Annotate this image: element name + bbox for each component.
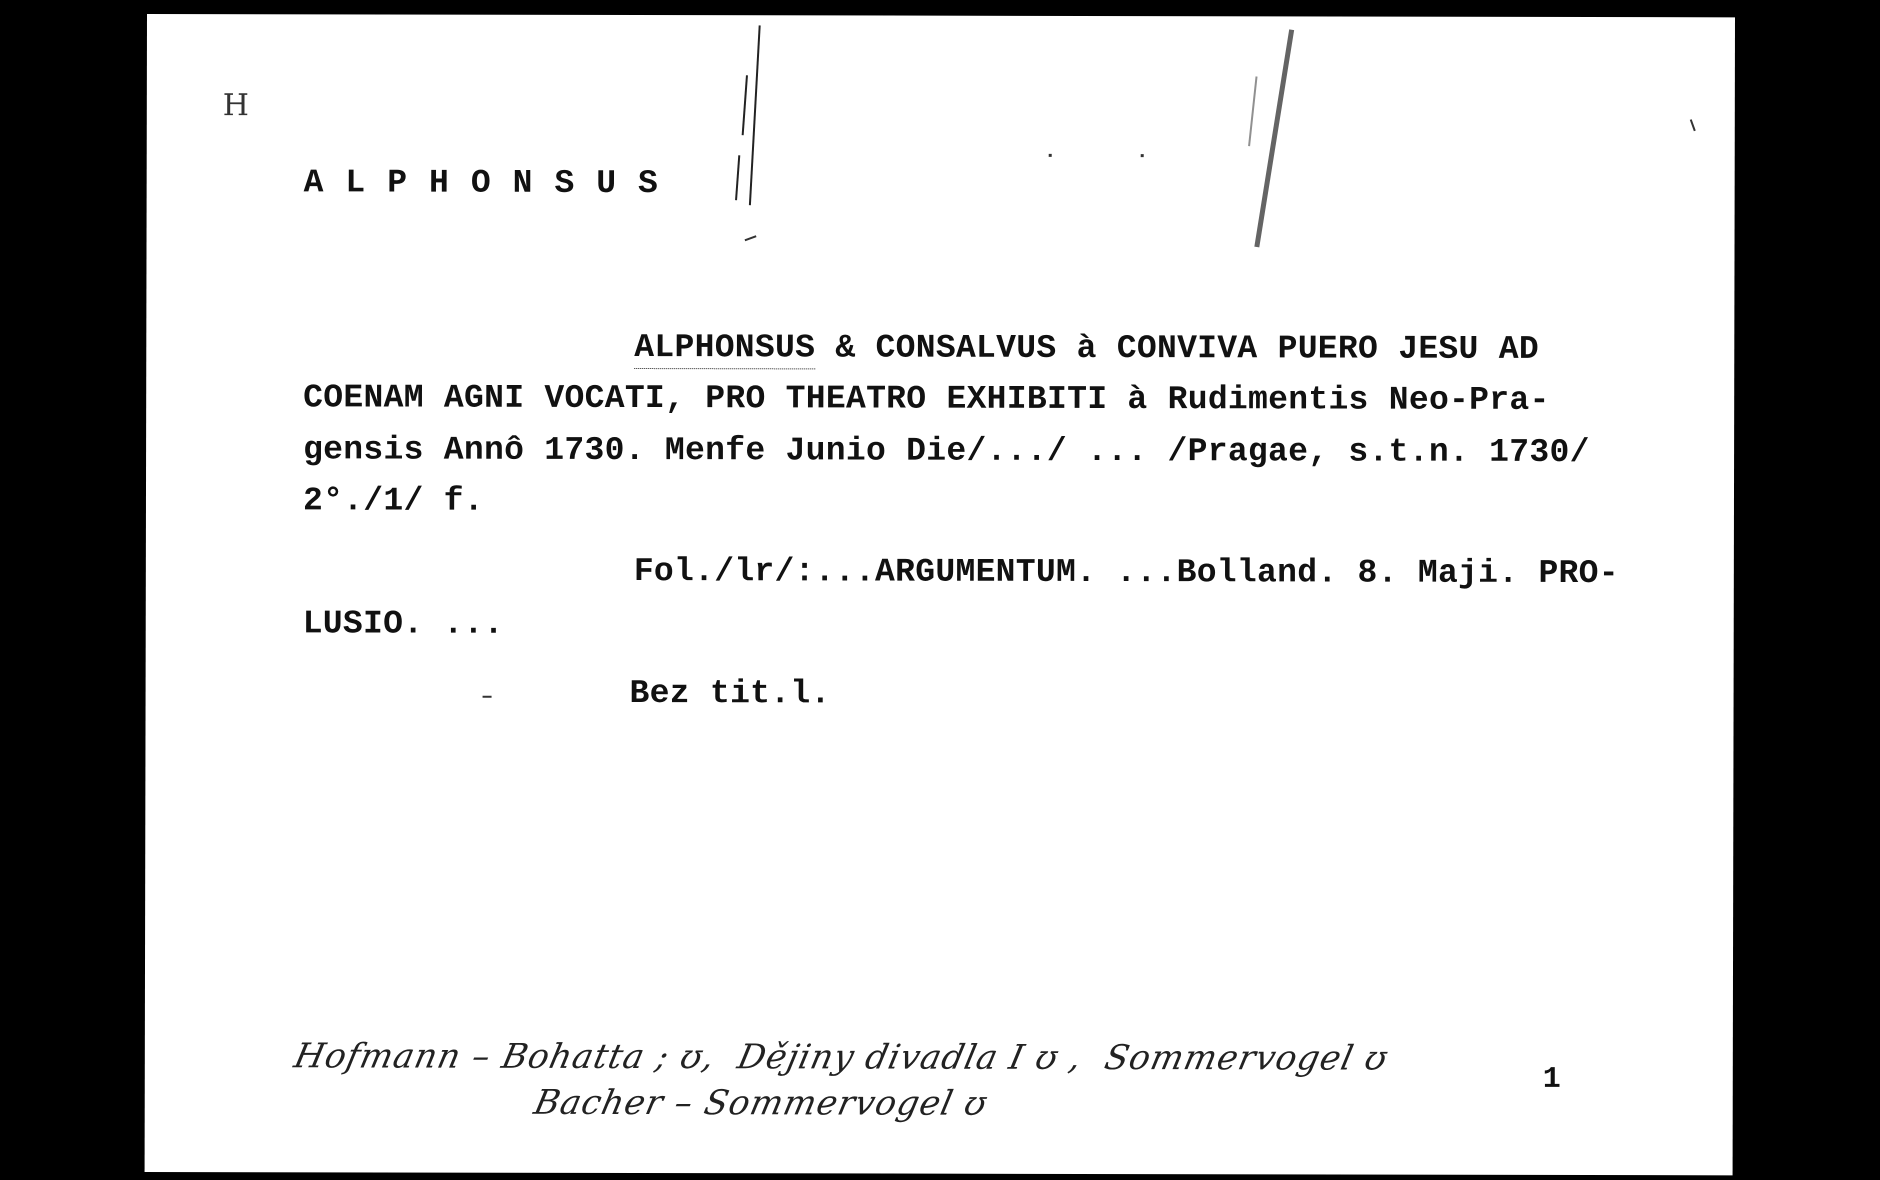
scan-speck [1049,154,1052,157]
handwritten-note-line-1: Hofmann – Bohatta ; ʊ, Dějiny divadla I … [291,1036,1392,1078]
entry-title: ALPHONSUS [634,329,815,369]
card-heading: ALPHONSUS [304,164,680,202]
catalog-card: H ALPHONSUS ALPHONSUS & CONSALVUS à CONV… [145,14,1735,1175]
scan-speck [745,235,757,241]
scan-artifact [749,25,761,205]
corner-mark: H [223,88,249,123]
entry-line-1-rest: & CONSALVUS à CONVIVA PUERO JESU AD [815,329,1539,368]
entry-line-3: gensis Annô 1730. Menfe Junio Die/.../ .… [303,433,1590,469]
handwritten-note-line-2: Bacher – Sommervogel ʊ [530,1083,991,1124]
entry-line-5: Fol./lr/:...ARGUMENTUM. ...Bolland. 8. M… [634,555,1619,590]
entry-line-2: COENAM AGNI VOCATI, PRO THEATRO EXHIBITI… [303,381,1549,417]
scan-artifact [1254,29,1294,247]
scan-speck [1690,119,1696,131]
scan-artifact [1248,76,1257,146]
stray-dash [483,696,492,698]
entry-line-4: 2°./1/ f. [303,484,484,517]
scan-artifact [735,155,740,200]
entry-line-1: ALPHONSUS & CONSALVUS à CONVIVA PUERO JE… [634,331,1539,366]
scan-speck [1141,154,1144,157]
page-number: 1 [1543,1063,1561,1097]
entry-line-7: Bez tit.l. [630,677,831,710]
scan-artifact [742,75,748,135]
entry-line-6: LUSIO. ... [303,607,504,640]
